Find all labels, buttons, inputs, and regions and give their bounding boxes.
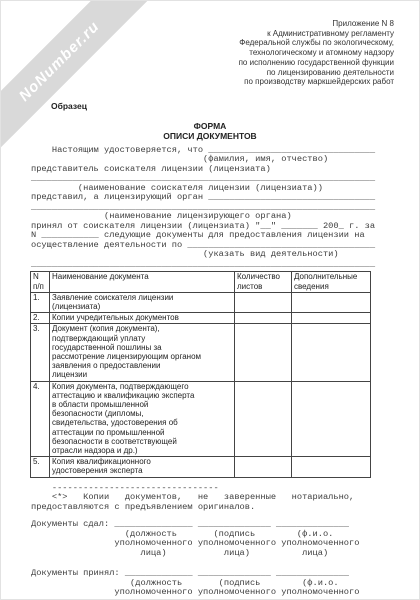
- cell-count: [235, 381, 292, 457]
- cell-name: Заявление соискателя лицензии (лицензиат…: [50, 292, 235, 312]
- header-num: N п/п: [31, 272, 50, 292]
- header-count: Количество листов: [235, 272, 292, 292]
- table-row: 3. Документ (копия документа), подтвержд…: [31, 324, 371, 381]
- cell-count: [235, 292, 292, 312]
- cell-name: Документ (копия документа), подтверждающ…: [50, 324, 235, 381]
- cell-num: 3.: [31, 324, 50, 381]
- documents-table: N п/п Наименование документа Количество …: [30, 271, 371, 477]
- cell-num: 5.: [31, 457, 50, 477]
- table-row: 1. Заявление соискателя лицензии (лиценз…: [31, 292, 371, 312]
- cell-num: 2.: [31, 313, 50, 324]
- cell-count: [235, 313, 292, 324]
- cell-num: 4.: [31, 381, 50, 457]
- sample-label: Образец: [51, 101, 419, 111]
- cell-name: Копия документа, подтверждающего аттеста…: [50, 381, 235, 457]
- table-row: 2. Копии учредительных документов: [31, 313, 371, 324]
- cell-count: [235, 324, 292, 381]
- document-page: NoNumber.ru Приложение N 8 к Администрат…: [0, 0, 420, 600]
- cell-extra: [292, 313, 371, 324]
- document-title: ФОРМА ОПИСИ ДОКУМЕНТОВ: [1, 121, 419, 141]
- table-row: 4. Копия документа, подтверждающего атте…: [31, 381, 371, 457]
- cell-extra: [292, 381, 371, 457]
- intro-paragraph: Настоящим удостоверяется, что __________…: [31, 146, 419, 270]
- header-extra: Дополнительные сведения: [292, 272, 371, 292]
- cell-num: 1.: [31, 292, 50, 312]
- cell-count: [235, 457, 292, 477]
- footnote: -------------------------------- <*> Коп…: [31, 484, 419, 513]
- signature-section: Документы сдал: _______________ ________…: [31, 520, 419, 598]
- cell-extra: [292, 292, 371, 312]
- cell-extra: [292, 324, 371, 381]
- cell-name: Копии учредительных документов: [50, 313, 235, 324]
- cell-extra: [292, 457, 371, 477]
- header-name: Наименование документа: [50, 272, 235, 292]
- table-header-row: N п/п Наименование документа Количество …: [31, 272, 371, 292]
- cell-name: Копия квалификационного удостоверения эк…: [50, 457, 235, 477]
- table-row: 5. Копия квалификационного удостоверения…: [31, 457, 371, 477]
